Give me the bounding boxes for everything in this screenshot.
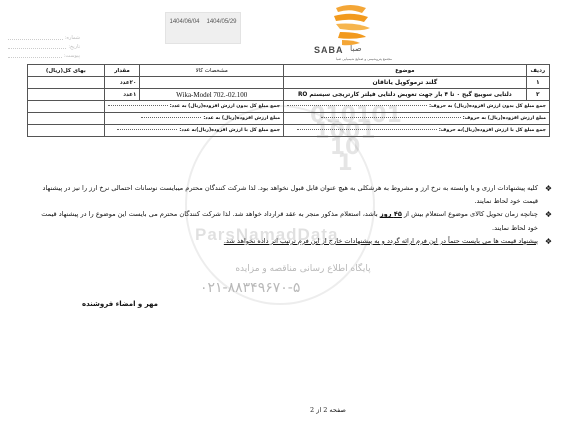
cell-spec: Wika-Model 702.-02.100 [140, 89, 284, 101]
table-row: ۱ گلند ترموکوپل یاتاقان ۲۰عدد [28, 77, 550, 89]
meta-date: تاریخ: [8, 42, 80, 51]
vat-words[interactable]: مبلغ ارزش افزوده(ریال) به حروف: [284, 113, 550, 125]
logo-subtitle: مجتمع پتروشیمی و صنایع شیمیایی صبا [312, 57, 392, 61]
cell-row-number: ۱ [526, 77, 549, 89]
diamond-bullet-icon: ❖ [545, 208, 552, 221]
summary-row-vat: مبلغ ارزش افزوده(ریال) به حروف: مبلغ ارز… [28, 113, 550, 125]
cell-total[interactable] [28, 89, 105, 101]
cell-row-number: ۲ [526, 89, 549, 101]
header-total: بهای کل(ریال) [28, 65, 105, 77]
cell-subject: گلند ترموکوپل یاتاقان [284, 77, 527, 89]
subtotal-words[interactable]: جمع مبلغ کل بدون ارزش افزوده(ریال) به حر… [284, 101, 550, 113]
logo-brand-persian: صبا [350, 44, 362, 53]
cell-qty: ۲۰عدد [104, 77, 140, 89]
table-row: ۲ دلتایی سوییچ گیج ۰ تا ۴ بار جهت تعویض … [28, 89, 550, 101]
page-number: صفحه 2 از 2 [310, 406, 346, 414]
note-delivery: ❖ چنانچه زمان تحویل کالای موضوع استعلام … [30, 208, 554, 234]
watermark-phone: ۰۲۱-۸۸۳۴۹۶۷۰-۵ [200, 280, 300, 296]
meta-attachment: پیوست: [8, 51, 80, 60]
subtotal-figure[interactable]: جمع مبلغ کل بدون ارزش افزوده(ریال) به عد… [104, 101, 283, 113]
summary-row-subtotal: جمع مبلغ کل بدون ارزش افزوده(ریال) به حر… [28, 101, 550, 113]
meta-number: شماره: [8, 33, 80, 42]
cell-total[interactable] [28, 77, 105, 89]
vat-figure[interactable]: مبلغ ارزش افزوده(ریال) به عدد: [104, 113, 283, 125]
cell-qty: ۱عدد [104, 89, 140, 101]
cell-spec [140, 77, 284, 89]
date-start: 1404/05/29 [203, 13, 240, 43]
date-box: 1404/06/04 1404/05/29 [165, 12, 241, 44]
summary-row-grand-total: جمع مبلغ کل با ارزش افزوده(ریال)به حروف:… [28, 125, 550, 137]
watermark-site: پایگاه اطلاع رسانی مناقصه و مزایده [178, 264, 428, 274]
terms-notes: ❖ کلیه پیشنهادات ارزی و یا وابسته به نرخ… [30, 182, 554, 248]
vat-value[interactable] [28, 113, 105, 125]
header-subject: موضوع [284, 65, 527, 77]
delivery-days: ۴۵ روز [380, 210, 402, 218]
header-qty: مقدار [104, 65, 140, 77]
cell-subject: دلتایی سوییچ گیج ۰ تا ۴ بار جهت تعویض دل… [284, 89, 527, 101]
header-spec: مشخصات کالا [140, 65, 284, 77]
date-end: 1404/06/04 [166, 13, 203, 43]
grand-total-words[interactable]: جمع مبلغ کل با ارزش افزوده(ریال)به حروف: [284, 125, 550, 137]
document-meta: شماره: تاریخ: پیوست: [8, 33, 80, 60]
grand-total-figure[interactable]: جمع مبلغ کل با ارزش افزوده(ریال)به عدد: [104, 125, 283, 137]
items-table: ردیف موضوع مشخصات کالا مقدار بهای کل(ریا… [27, 64, 550, 137]
diamond-bullet-icon: ❖ [545, 182, 552, 195]
header-row-number: ردیف [526, 65, 549, 77]
grand-total-value[interactable] [28, 125, 105, 137]
logo-brand-latin: SABA [314, 45, 344, 55]
diamond-bullet-icon: ❖ [545, 235, 552, 248]
note-form-required: ❖ پیشنهاد قیمت ها می بایست حتماً در این … [30, 235, 554, 248]
note-currency: ❖ کلیه پیشنهادات ارزی و یا وابسته به نرخ… [30, 182, 554, 208]
seller-signature-label: مهر و امضاء فروشنده [82, 300, 158, 308]
subtotal-value[interactable] [28, 101, 105, 113]
table-header-row: ردیف موضوع مشخصات کالا مقدار بهای کل(ریا… [28, 65, 550, 77]
